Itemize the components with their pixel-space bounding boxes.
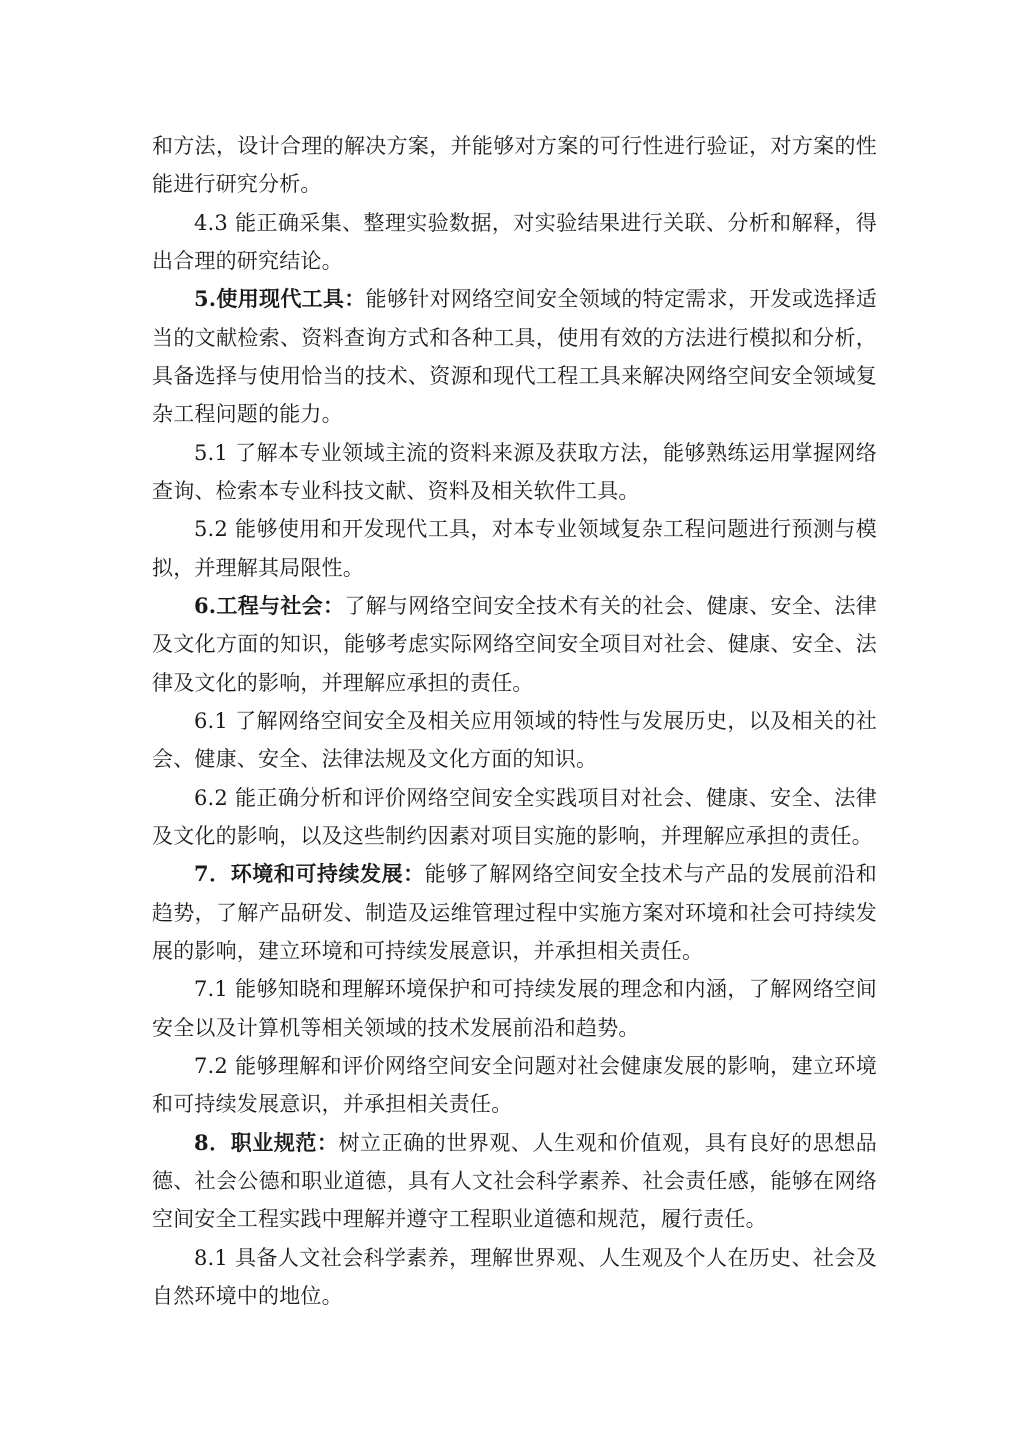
paragraph-text: 4.3 能正确采集、整理实验数据，对实验结果进行关联、分析和解释，得出合理的研究… [152,211,877,273]
paragraph: 7．环境和可持续发展：能够了解网络空间安全技术与产品的发展前沿和趋势，了解产品研… [152,855,877,970]
paragraph-text: 和方法，设计合理的解决方案，并能够对方案的可行性进行验证，对方案的性能进行研究分… [152,134,877,196]
paragraph: 6.1 了解网络空间安全及相关应用领域的特性与发展历史，以及相关的社会、健康、安… [152,702,877,779]
paragraph-text: 8.1 具备人文社会科学素养，理解世界观、人生观及个人在历史、社会及自然环境中的… [152,1246,877,1308]
paragraph-text: 5.1 了解本专业领域主流的资料来源及获取方法，能够熟练运用掌握网络查询、检索本… [152,441,877,503]
document-page: 和方法，设计合理的解决方案，并能够对方案的可行性进行验证，对方案的性能进行研究分… [0,0,1024,1448]
paragraph: 5.2 能够使用和开发现代工具，对本专业领域复杂工程问题进行预测与模拟，并理解其… [152,510,877,587]
paragraph-text: 7.2 能够理解和评价网络空间安全问题对社会健康发展的影响，建立环境和可持续发展… [152,1054,877,1116]
paragraph: 5.使用现代工具：能够针对网络空间安全领域的特定需求，开发或选择适当的文献检索、… [152,280,877,433]
section-heading: 5.使用现代工具： [194,286,366,311]
paragraph-text: 6.1 了解网络空间安全及相关应用领域的特性与发展历史，以及相关的社会、健康、安… [152,709,877,771]
paragraph: 和方法，设计合理的解决方案，并能够对方案的可行性进行验证，对方案的性能进行研究分… [152,127,877,204]
section-heading: 7．环境和可持续发展： [194,861,425,886]
paragraph-text: 6.2 能正确分析和评价网络空间安全实践项目对社会、健康、安全、法律及文化的影响… [152,786,877,848]
paragraph: 6.2 能正确分析和评价网络空间安全实践项目对社会、健康、安全、法律及文化的影响… [152,779,877,856]
paragraph: 7.2 能够理解和评价网络空间安全问题对社会健康发展的影响，建立环境和可持续发展… [152,1047,877,1124]
paragraph-text: 7.1 能够知晓和理解环境保护和可持续发展的理念和内涵，了解网络空间安全以及计算… [152,977,877,1039]
section-heading: 6.工程与社会： [194,593,344,618]
paragraph: 4.3 能正确采集、整理实验数据，对实验结果进行关联、分析和解释，得出合理的研究… [152,204,877,281]
document-body: 和方法，设计合理的解决方案，并能够对方案的可行性进行验证，对方案的性能进行研究分… [152,127,877,1315]
paragraph: 6.工程与社会：了解与网络空间安全技术有关的社会、健康、安全、法律及文化方面的知… [152,587,877,702]
paragraph-text: 5.2 能够使用和开发现代工具，对本专业领域复杂工程问题进行预测与模拟，并理解其… [152,517,877,579]
section-heading: 8．职业规范： [194,1130,339,1155]
paragraph: 8.1 具备人文社会科学素养，理解世界观、人生观及个人在历史、社会及自然环境中的… [152,1239,877,1316]
paragraph: 8．职业规范：树立正确的世界观、人生观和价值观，具有良好的思想品德、社会公德和职… [152,1124,877,1239]
paragraph: 5.1 了解本专业领域主流的资料来源及获取方法，能够熟练运用掌握网络查询、检索本… [152,434,877,511]
paragraph: 7.1 能够知晓和理解环境保护和可持续发展的理念和内涵，了解网络空间安全以及计算… [152,970,877,1047]
